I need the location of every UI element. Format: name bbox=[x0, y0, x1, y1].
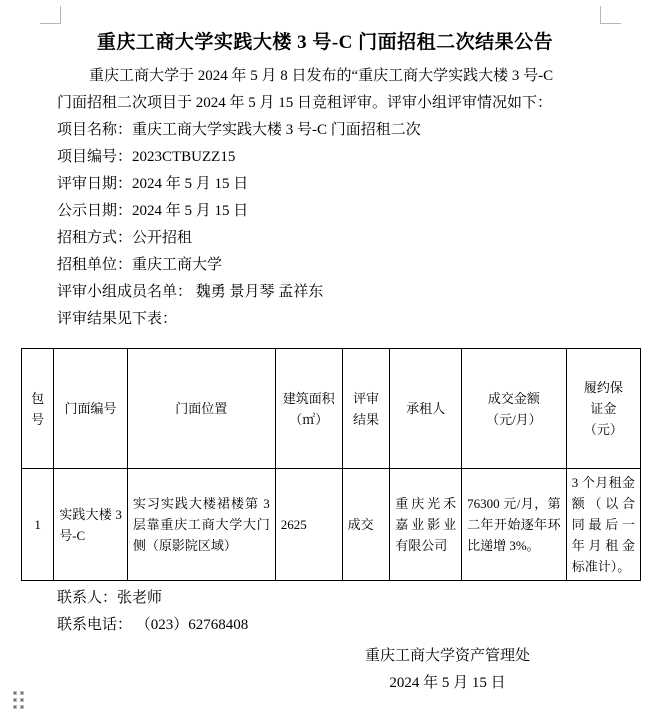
header-storefront-no: 门面编号 bbox=[54, 349, 128, 469]
signature-block: 重庆工商大学资产管理处 2024 年 5 月 15 日 bbox=[300, 643, 595, 697]
cell-deal-amount: 76300 元/月，第二年开始逐年环比递增 3%。 bbox=[462, 469, 567, 581]
cell-performance-deposit: 3 个月租金额（以合同最后一年月租金标准计）。 bbox=[566, 469, 640, 581]
header-package-no: 包 号 bbox=[22, 349, 54, 469]
info-review-date: 评审日期：2024 年 5 月 15 日 bbox=[57, 171, 597, 198]
cell-building-area: 2625 bbox=[275, 469, 342, 581]
table-header-row: 包 号 门面编号 门面位置 建筑面积 （㎡） 评审 结果 承租人 成交金额 （元… bbox=[22, 349, 641, 469]
header-tenant: 承租人 bbox=[390, 349, 462, 469]
contact-phone: 联系电话： （023）62768408 bbox=[57, 612, 477, 639]
intro-line-1: 重庆工商大学于 2024 年 5 月 8 日发布的“重庆工商大学实践大楼 3 号… bbox=[57, 63, 597, 90]
page-margin-mark-top-left bbox=[40, 6, 61, 24]
document-body: 重庆工商大学于 2024 年 5 月 8 日发布的“重庆工商大学实践大楼 3 号… bbox=[57, 63, 597, 333]
header-deal-amount: 成交金额 （元/月） bbox=[462, 349, 567, 469]
info-publicity-date: 公示日期：2024 年 5 月 15 日 bbox=[57, 198, 597, 225]
page-margin-mark-top-right bbox=[600, 6, 621, 24]
table-row: 1 实践大楼 3 号-C 实习实践大楼裙楼第 3 层靠重庆工商大学大门侧（原影院… bbox=[22, 469, 641, 581]
cell-package-no: 1 bbox=[22, 469, 54, 581]
info-rental-method: 招租方式：公开招租 bbox=[57, 225, 597, 252]
review-results-table: 包 号 门面编号 门面位置 建筑面积 （㎡） 评审 结果 承租人 成交金额 （元… bbox=[21, 348, 641, 581]
page-title: 重庆工商大学实践大楼 3 号-C 门面招租二次结果公告 bbox=[40, 27, 610, 54]
header-review-result: 评审 结果 bbox=[342, 349, 390, 469]
header-performance-deposit: 履约保 证金 （元） bbox=[566, 349, 640, 469]
cell-review-result: 成交 bbox=[342, 469, 390, 581]
signature-unit: 重庆工商大学资产管理处 bbox=[300, 643, 595, 670]
info-rental-unit: 招租单位：重庆工商大学 bbox=[57, 252, 597, 279]
signature-date: 2024 年 5 月 15 日 bbox=[300, 670, 595, 697]
cell-storefront-location: 实习实践大楼裙楼第 3 层靠重庆工商大学大门侧（原影院区域） bbox=[127, 469, 275, 581]
info-project-name: 项目名称：重庆工商大学实践大楼 3 号-C 门面招租二次 bbox=[57, 117, 597, 144]
info-project-no: 项目编号：2023CTBUZZ15 bbox=[57, 144, 597, 171]
cell-tenant: 重庆光禾嘉业影业有限公司 bbox=[390, 469, 462, 581]
intro-line-2: 门面招租二次项目于 2024 年 5 月 15 日竞租评审。评审小组评审情况如下… bbox=[57, 90, 597, 117]
contact-block: 联系人：张老师 联系电话： （023）62768408 bbox=[57, 585, 477, 639]
header-storefront-location: 门面位置 bbox=[127, 349, 275, 469]
header-building-area: 建筑面积 （㎡） bbox=[275, 349, 342, 469]
cell-storefront-no: 实践大楼 3 号-C bbox=[54, 469, 128, 581]
contact-name: 联系人：张老师 bbox=[57, 585, 477, 612]
info-result-note: 评审结果见下表： bbox=[57, 306, 597, 333]
info-review-panel: 评审小组成员名单： 魏勇 景月琴 孟祥东 bbox=[57, 279, 597, 306]
table-handle-dots-icon bbox=[13, 691, 24, 709]
